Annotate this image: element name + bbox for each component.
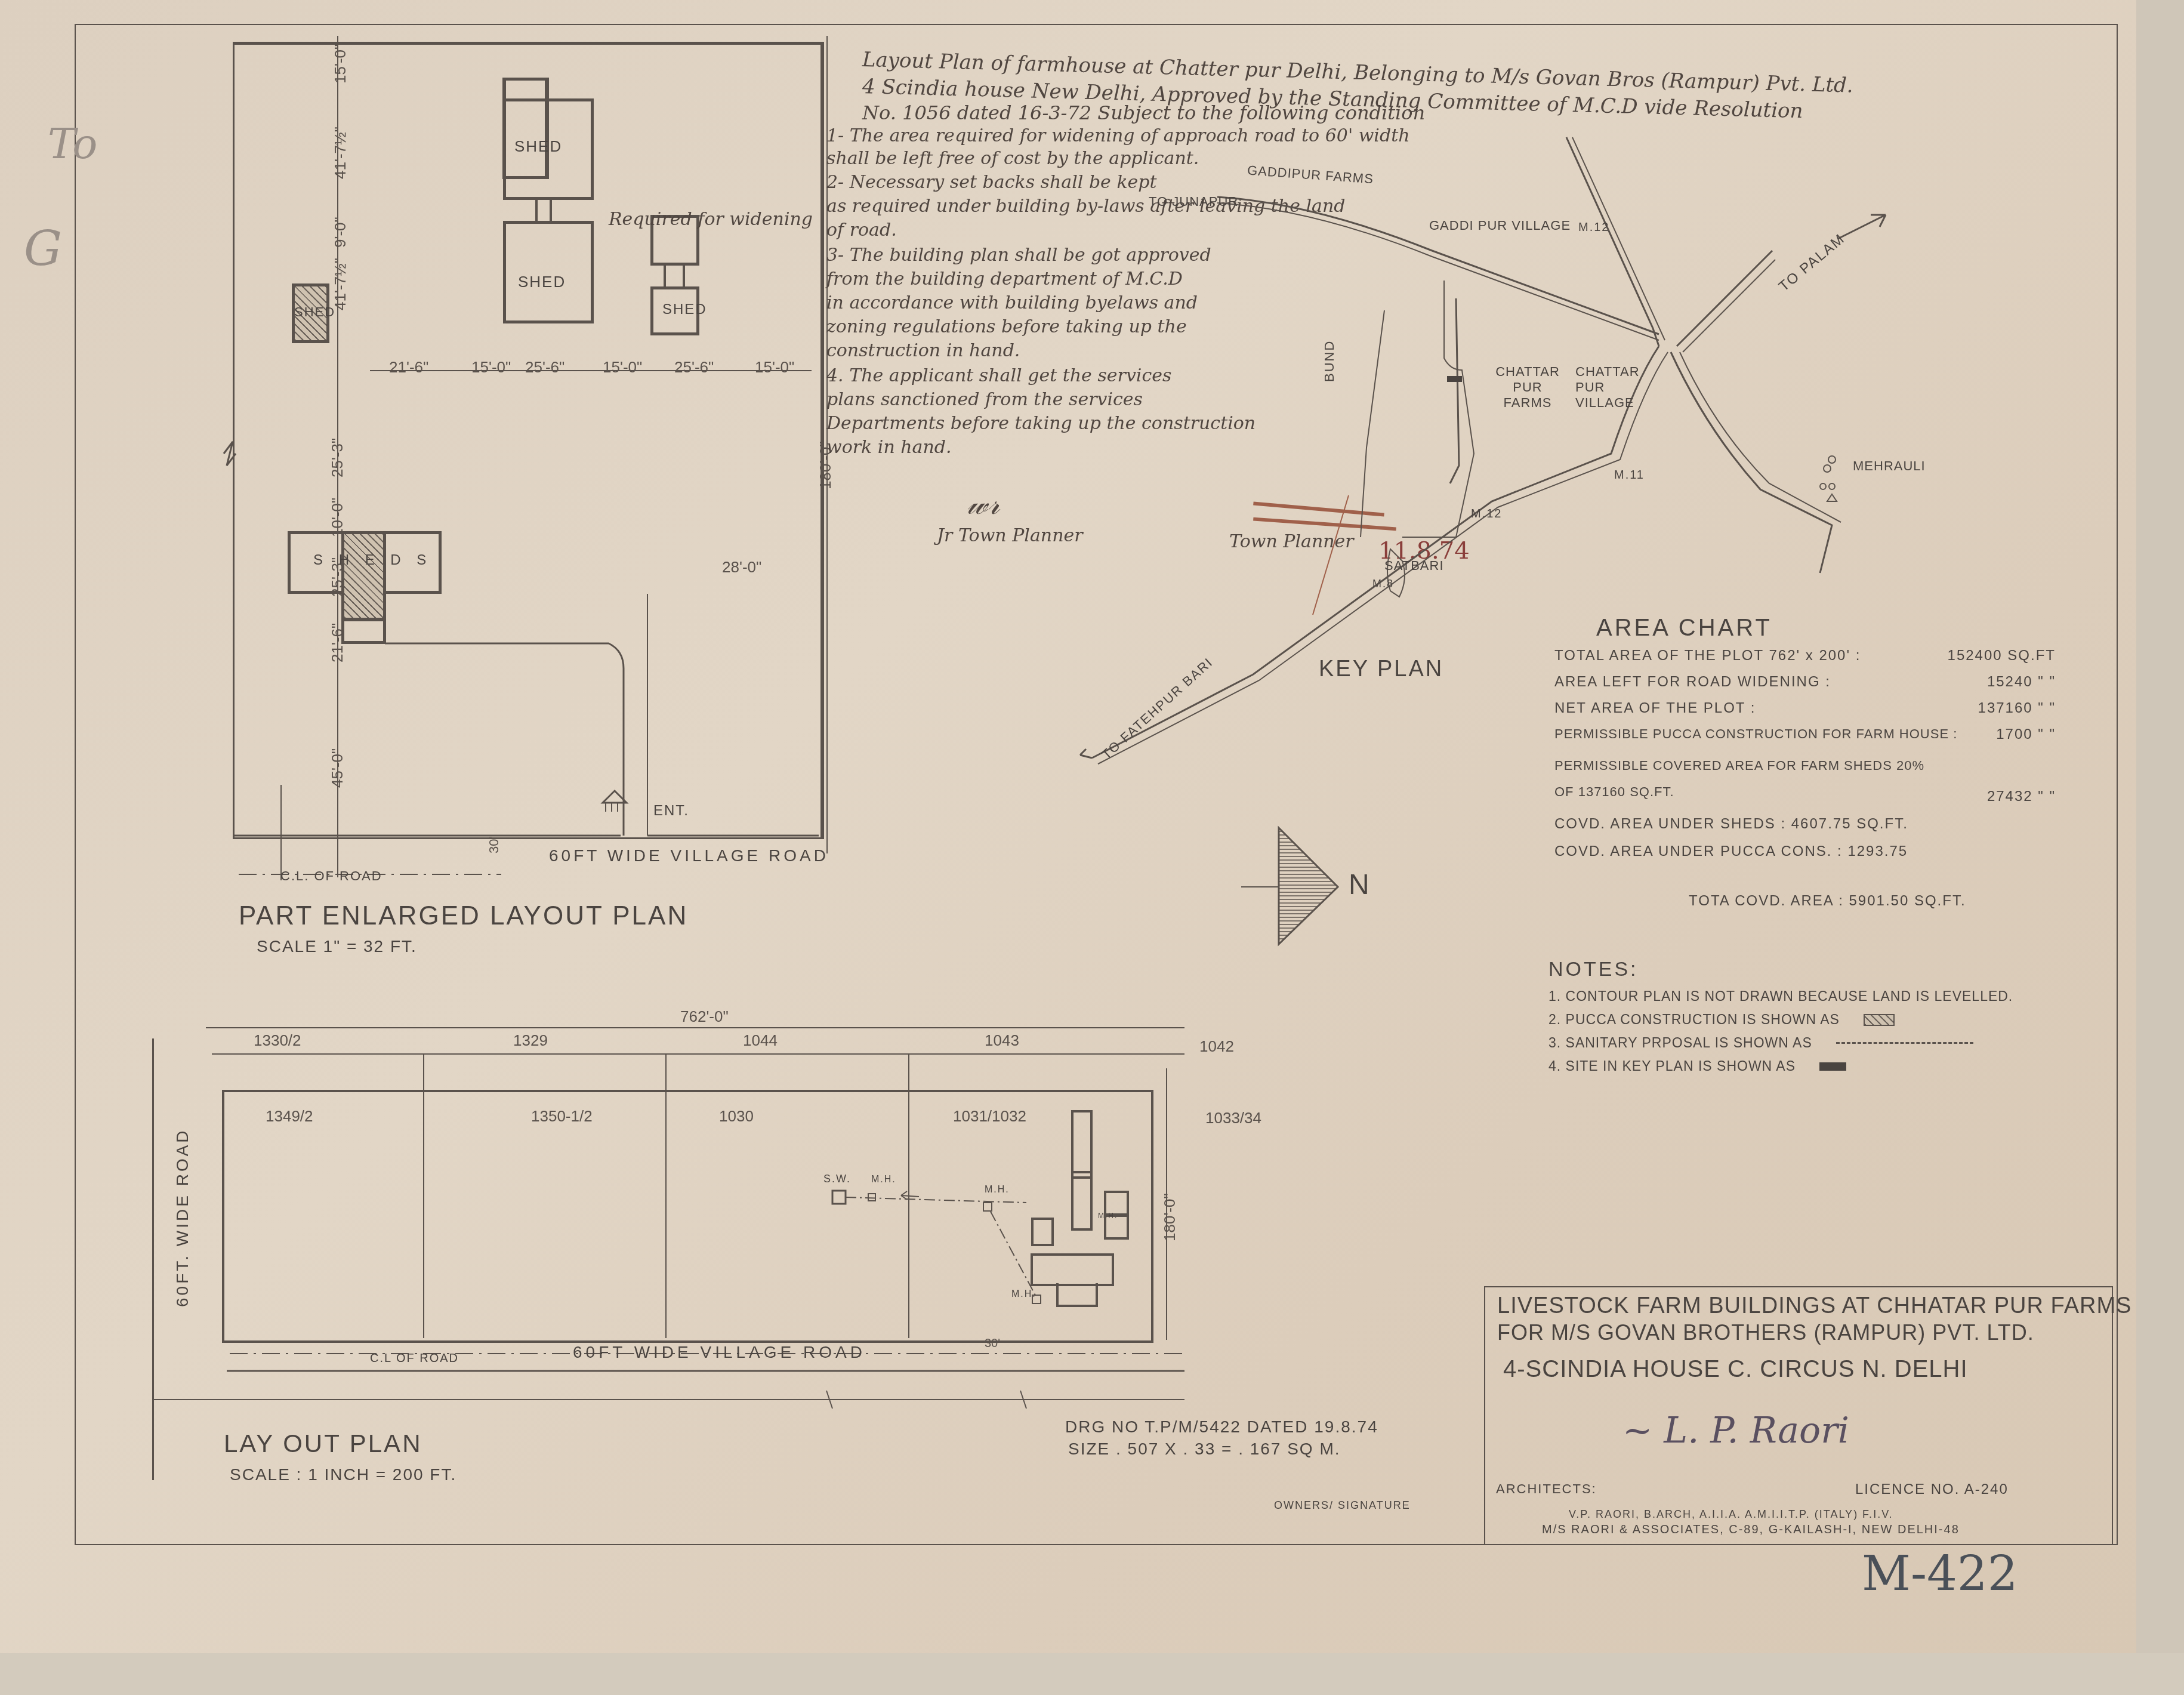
- architects-label: ARCHITECTS:: [1496, 1481, 1597, 1497]
- title-block: LIVESTOCK FARM BUILDINGS AT CHHATAR PUR …: [1484, 1286, 2113, 1545]
- file-mark: M-422: [1862, 1546, 2018, 1601]
- title-line-1: LIVESTOCK FARM BUILDINGS AT CHHATAR PUR …: [1497, 1293, 2131, 1319]
- mh-label: M.H.: [871, 1175, 896, 1185]
- title-line-3: 4-SCINDIA HOUSE C. CIRCUS N. DELHI: [1503, 1356, 1968, 1383]
- drawing-number: DRG NO T.P/M/5422 DATED 19.8.74: [1065, 1417, 1378, 1437]
- mh-label: M.H.: [1011, 1289, 1037, 1300]
- licence-number: LICENCE NO. A-240: [1855, 1481, 2009, 1498]
- layout-plan-title: LAY OUT PLAN: [224, 1429, 422, 1458]
- owner-signature-label: OWNERS/ SIGNATURE: [1274, 1499, 1411, 1512]
- layout-plan-scale: SCALE : 1 INCH = 200 FT.: [230, 1465, 456, 1484]
- mh-label: M.H.: [985, 1185, 1010, 1195]
- architect-name: V.P. RAORI, B.ARCH, A.I.I.A. A.M.I.I.T.P…: [1569, 1508, 1893, 1521]
- layout-village-road: 60FT WIDE VILLAGE ROAD: [573, 1343, 866, 1362]
- sw-label: S.W.: [823, 1173, 851, 1185]
- architect-signature: ~ L. P. Raori: [1622, 1410, 1849, 1451]
- drawing-size: SIZE . 507 X . 33 = . 167 SQ M.: [1068, 1440, 1341, 1459]
- layout-road-half: 30': [985, 1337, 1000, 1351]
- layout-cl-road: C.L OF ROAD: [370, 1352, 459, 1366]
- architect-firm: M/S RAORI & ASSOCIATES, C-89, G-KAILASH-…: [1542, 1523, 1960, 1537]
- title-line-2: FOR M/S GOVAN BROTHERS (RAMPUR) PVT. LTD…: [1497, 1320, 2034, 1345]
- mh-label: M.H.: [1098, 1212, 1118, 1220]
